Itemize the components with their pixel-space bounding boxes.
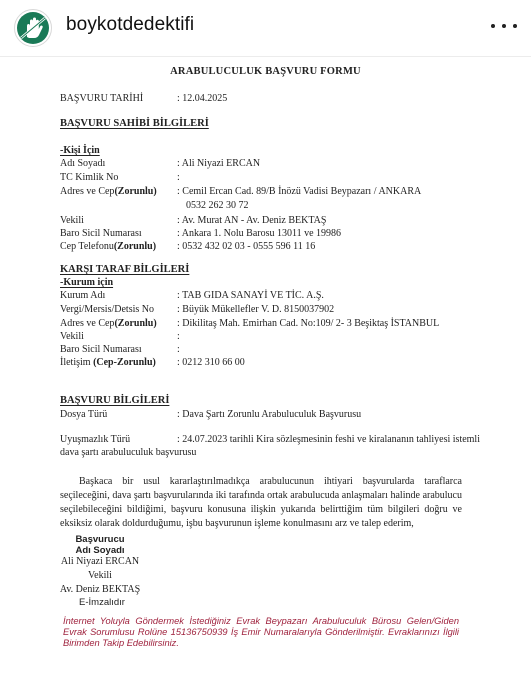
- signature-proxy-name: Av. Deniz BEKTAŞ: [55, 584, 145, 595]
- counterparty-address-value: : Dikilitaş Mah. Emirhan Cad. No:109/ 2-…: [177, 318, 439, 329]
- file-type-value: : Dava Şartı Zorunlu Arabuluculuk Başvur…: [177, 409, 361, 420]
- post-header: boykotdedektifi: [0, 0, 531, 57]
- e-signature-note: E-İmzalıdır: [62, 597, 142, 608]
- counterparty-proxy-value: :: [177, 331, 180, 342]
- counterparty-contact-label: İletişim (Cep-Zorunlu): [60, 357, 156, 368]
- application-date-label: BAŞVURU TARİHİ: [60, 93, 143, 104]
- stop-hand-icon: [16, 11, 50, 45]
- applicant-address-value: : Cemil Ercan Cad. 89/B İnözü Vadisi Bey…: [177, 186, 421, 197]
- avatar[interactable]: [14, 9, 52, 47]
- username[interactable]: boykotdedektifi: [66, 14, 194, 36]
- applicant-bar-label: Baro Sicil Numarası: [60, 228, 142, 239]
- applicant-bar-value: : Ankara 1. Nolu Barosu 13011 ve 19986: [177, 228, 341, 239]
- dot: [502, 24, 506, 28]
- applicant-mobile-value: : 0532 432 02 03 - 0555 596 11 16: [177, 241, 315, 252]
- counterparty-tax-label: Vergi/Mersis/Detsis No: [60, 304, 154, 315]
- document-title: ARABULUCULUK BAŞVURU FORMU: [0, 66, 531, 77]
- dot: [513, 24, 517, 28]
- counterparty-name-value: : TAB GIDA SANAYİ VE TİC. A.Ş.: [177, 290, 324, 301]
- counterparty-name-label: Kurum Adı: [60, 290, 105, 301]
- counterparty-subheading: -Kurum için: [60, 277, 113, 288]
- applicant-tc-value: :: [177, 172, 180, 183]
- counterparty-bar-value: :: [177, 344, 180, 355]
- signature-role: Başvurucu: [60, 534, 140, 545]
- dispute-type-value: : 24.07.2023 tarihli Kira sözleşmesinin …: [177, 434, 480, 445]
- applicant-name-label: Adı Soyadı: [60, 158, 105, 169]
- dispute-type-label: Uyuşmazlık Türü: [60, 434, 130, 445]
- applicant-proxy-label: Vekili: [60, 215, 84, 226]
- applicant-mobile-label: Cep Telefonu(Zorunlu): [60, 241, 156, 252]
- counterparty-bar-label: Baro Sicil Numarası: [60, 344, 142, 355]
- signature-name-label: Adı Soyadı: [60, 545, 140, 556]
- counterparty-address-label: Adres ve Cep(Zorunlu): [60, 318, 157, 329]
- file-type-label: Dosya Türü: [60, 409, 107, 420]
- statement-paragraph: Başkaca bir usul kararlaştırılmadıkça ar…: [60, 475, 462, 531]
- signature-name: Ali Niyazi ERCAN: [55, 556, 145, 567]
- applicant-address-label: Adres ve Cep(Zorunlu): [60, 186, 157, 197]
- counterparty-section-heading: KARŞI TARAF BİLGİLERİ: [60, 264, 189, 275]
- applicant-subheading: -Kişi İçin: [60, 145, 100, 156]
- counterparty-contact-value: : 0212 310 66 00: [177, 357, 245, 368]
- document-image: ARABULUCULUK BAŞVURU FORMU BAŞVURU TARİH…: [0, 57, 531, 686]
- signature-proxy-label: Vekili: [60, 570, 140, 581]
- footer-note: İnternet Yoluyla Göndermek İstediğiniz E…: [63, 616, 459, 649]
- counterparty-tax-value: : Büyük Mükellefler V. D. 8150037902: [177, 304, 334, 315]
- counterparty-proxy-label: Vekili: [60, 331, 84, 342]
- applicant-name-value: : Ali Niyazi ERCAN: [177, 158, 260, 169]
- applicant-section-heading: BAŞVURU SAHİBİ BİLGİLERİ: [60, 118, 209, 129]
- applicant-phone-value: 0532 262 30 72: [186, 200, 249, 211]
- application-date-value: : 12.04.2025: [177, 93, 227, 104]
- application-section-heading: BAŞVURU BİLGİLERİ: [60, 395, 169, 406]
- more-options-icon[interactable]: [491, 17, 517, 35]
- dispute-type-value-cont: dava şartı arabuluculuk başvurusu: [60, 447, 196, 458]
- dot: [491, 24, 495, 28]
- applicant-tc-label: TC Kimlik No: [60, 172, 118, 183]
- applicant-proxy-value: : Av. Murat AN - Av. Deniz BEKTAŞ: [177, 215, 326, 226]
